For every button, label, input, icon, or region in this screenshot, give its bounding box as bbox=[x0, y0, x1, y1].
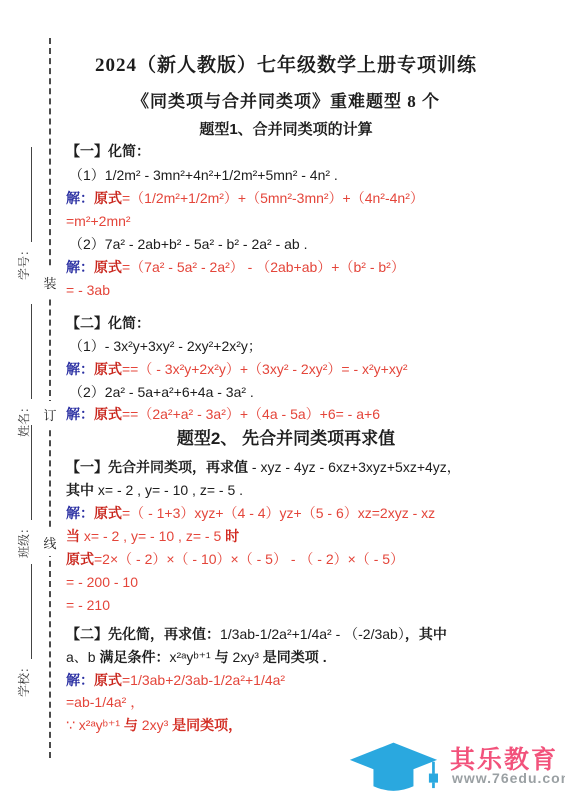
problem1-question2: （2）7a² - 2ab+b² - 5a² - b² - 2a² - ab . bbox=[69, 234, 307, 254]
problem2-question1: （1）- 3x²y+3xy² - 2xy²+2x²y； bbox=[69, 336, 262, 356]
problem2-solution1: 解：原式==（ - 3x²y+2x²y）+（3xy² - 2xy²）= - x²… bbox=[66, 359, 408, 379]
binding-char-ding: 订 bbox=[41, 401, 59, 428]
problem3-question-line1: 【一】先合并同类项，再求值 - xyz - 4yz - 6xz+3xyz+5xz… bbox=[66, 457, 461, 477]
problem3-substitution-line: 当 x= - 2 , y= - 10 , z= - 5 时 bbox=[66, 526, 239, 546]
solution-body: =（1/2m²+1/2m²）+（5mn²-3mn²）+（4n²-4n²） bbox=[122, 190, 424, 206]
margin-field-school: 学校： bbox=[12, 537, 32, 697]
when-suffix: 时 bbox=[225, 528, 239, 544]
problem1-question1: （1）1/2m² - 3mn²+4n²+1/2m²+5mn² - 4n² . bbox=[69, 165, 338, 185]
solve-prefix: 解： bbox=[66, 190, 94, 206]
binding-dashed-line bbox=[49, 38, 51, 758]
and-word: 与 bbox=[211, 649, 233, 665]
problem4-formula: 1/3ab-1/2a²+1/4a² - （-2/3ab） bbox=[220, 626, 405, 642]
expression-prefix: 原式 bbox=[94, 361, 122, 377]
problem4-label: 【二】先化简，再求值： bbox=[66, 626, 220, 642]
worksheet-content: 2024（新人教版）七年级数学上册专项训练 《同类项与合并同类项》重难题型 8 … bbox=[66, 0, 506, 800]
problem3-solution2: 原式=2×（ - 2）×（ - 10）×（ - 5） - （ - 2）×（ - … bbox=[66, 549, 404, 569]
problem2-solution2: 解：原式==（2a²+a² - 3a²）+（4a - 5a）+6= - a+6 bbox=[66, 404, 380, 424]
problem4-because-line: ∵ x²ᵃyᵇ⁺¹ 与 2xy³ 是同类项， bbox=[66, 715, 242, 735]
expression-prefix: 原式 bbox=[94, 190, 122, 206]
expression-prefix: 原式 bbox=[66, 551, 94, 567]
given-prefix: 其中 bbox=[66, 482, 98, 498]
solve-prefix: 解： bbox=[66, 505, 94, 521]
section2-heading: 题型2、 先合并同类项再求值 bbox=[66, 429, 506, 449]
problem4-solution1: 解：原式=1/3ab+2/3ab-1/2a²+1/4a² bbox=[66, 670, 285, 690]
problem3-label: 【一】先合并同类项，再求值 bbox=[66, 459, 248, 475]
solve-prefix: 解： bbox=[66, 361, 94, 377]
graduation-cap-icon bbox=[348, 740, 448, 798]
problem1-solution2-result: = - 3ab bbox=[66, 280, 110, 300]
fill-in-line bbox=[18, 564, 32, 659]
solution-body: =（7a² - 5a² - 2a²） - （2ab+ab）+（b² - b²） bbox=[122, 259, 405, 275]
worksheet-page: 学号： 姓名： 班级： 学校： 装 订 线 2024（新人教版）七年级数学上册专… bbox=[0, 0, 565, 800]
problem1-solution2: 解：原式=（7a² - 5a² - 2a²） - （2ab+ab）+（b² - … bbox=[66, 257, 405, 277]
field-label: 学校： bbox=[15, 661, 32, 697]
problem1-label: 【一】化简： bbox=[66, 141, 150, 161]
problem3-formula: - xyz - 4yz - 6xz+3xyz+5xz+4yz， bbox=[248, 459, 461, 475]
binding-char-zhuang: 装 bbox=[41, 269, 59, 296]
problem3-solution1: 解：原式=（ - 1+3）xyz+（4 - 4）yz+（5 - 6）xz=2xy… bbox=[66, 503, 435, 523]
problem3-question-line2: 其中 x= - 2 , y= - 10 , z= - 5 . bbox=[66, 480, 243, 500]
expression-prefix: 原式 bbox=[94, 259, 122, 275]
vars: a、b bbox=[66, 649, 99, 665]
term2: 2xy³ bbox=[142, 717, 168, 733]
problem4-tail: ，其中 bbox=[405, 626, 447, 642]
problem4-question-line2: a、b 满足条件：x²ᵃyᵇ⁺¹ 与 2xy³ 是同类项 . bbox=[66, 647, 327, 667]
page-title: 2024（新人教版）七年级数学上册专项训练 bbox=[66, 56, 506, 76]
because-symbol: ∵ bbox=[66, 717, 79, 733]
term2: 2xy³ bbox=[232, 649, 258, 665]
problem4-question-line1: 【二】先化简，再求值：1/3ab-1/2a²+1/4a² - （-2/3ab），… bbox=[66, 624, 447, 644]
problem3-step3: = - 200 - 10 bbox=[66, 572, 138, 592]
solution-body: ==（ - 3x²y+2x²y）+（3xy² - 2xy²）= - x²y+xy… bbox=[122, 361, 408, 377]
problem2-label: 【二】化简： bbox=[66, 313, 150, 333]
solution-body: =2×（ - 2）×（ - 10）×（ - 5） - （ - 2）×（ - 5） bbox=[94, 551, 404, 567]
margin-field-student-number: 学号： bbox=[12, 120, 32, 280]
qile-education-logo: 其乐教育 www.76edu.com bbox=[348, 738, 560, 798]
problem3-result: = - 210 bbox=[66, 595, 110, 615]
page-subtitle: 《同类项与合并同类项》重难题型 8 个 bbox=[66, 92, 506, 112]
problem1-solution1: 解：原式=（1/2m²+1/2m²）+（5mn²-3mn²）+（4n²-4n²） bbox=[66, 188, 424, 208]
term1: x²ᵃyᵇ⁺¹ bbox=[169, 649, 210, 665]
solution-body: ==（2a²+a² - 3a²）+（4a - 5a）+6= - a+6 bbox=[122, 406, 380, 422]
term1: x²ᵃyᵇ⁺¹ bbox=[79, 717, 120, 733]
expression-prefix: 原式 bbox=[94, 406, 122, 422]
binding-char-xian: 线 bbox=[41, 529, 59, 556]
logo-website-url: www.76edu.com bbox=[452, 770, 565, 786]
expression-prefix: 原式 bbox=[94, 672, 122, 688]
and-word: 与 bbox=[120, 717, 142, 733]
solve-prefix: 解： bbox=[66, 406, 94, 422]
fill-in-line bbox=[18, 147, 32, 242]
condition-prefix: 满足条件： bbox=[99, 649, 169, 665]
solve-prefix: 解： bbox=[66, 672, 94, 688]
section1-heading: 题型1、合并同类项的计算 bbox=[66, 120, 506, 140]
problem2-question2: （2）2a² - 5a+a²+6+4a - 3a² . bbox=[69, 382, 254, 402]
expression-prefix: 原式 bbox=[94, 505, 122, 521]
given-values: x= - 2 , y= - 10 , z= - 5 . bbox=[98, 482, 243, 498]
margin-field-class: 班级： bbox=[12, 398, 32, 558]
like-terms-word: 是同类项 . bbox=[259, 649, 327, 665]
solve-prefix: 解： bbox=[66, 259, 94, 275]
solution-body: =1/3ab+2/3ab-1/2a²+1/4a² bbox=[122, 672, 285, 688]
fill-in-line bbox=[18, 425, 32, 520]
solution-body: =（ - 1+3）xyz+（4 - 4）yz+（5 - 6）xz=2xyz - … bbox=[122, 505, 435, 521]
field-label: 学号： bbox=[15, 244, 32, 280]
fill-in-line bbox=[18, 304, 32, 399]
like-terms-word: 是同类项， bbox=[168, 717, 242, 733]
when-prefix: 当 bbox=[66, 528, 84, 544]
when-values: x= - 2 , y= - 10 , z= - 5 bbox=[84, 528, 225, 544]
problem4-step2: =ab-1/4a² ， bbox=[66, 692, 144, 712]
problem1-solution1-result: =m²+2mn² bbox=[66, 211, 131, 231]
